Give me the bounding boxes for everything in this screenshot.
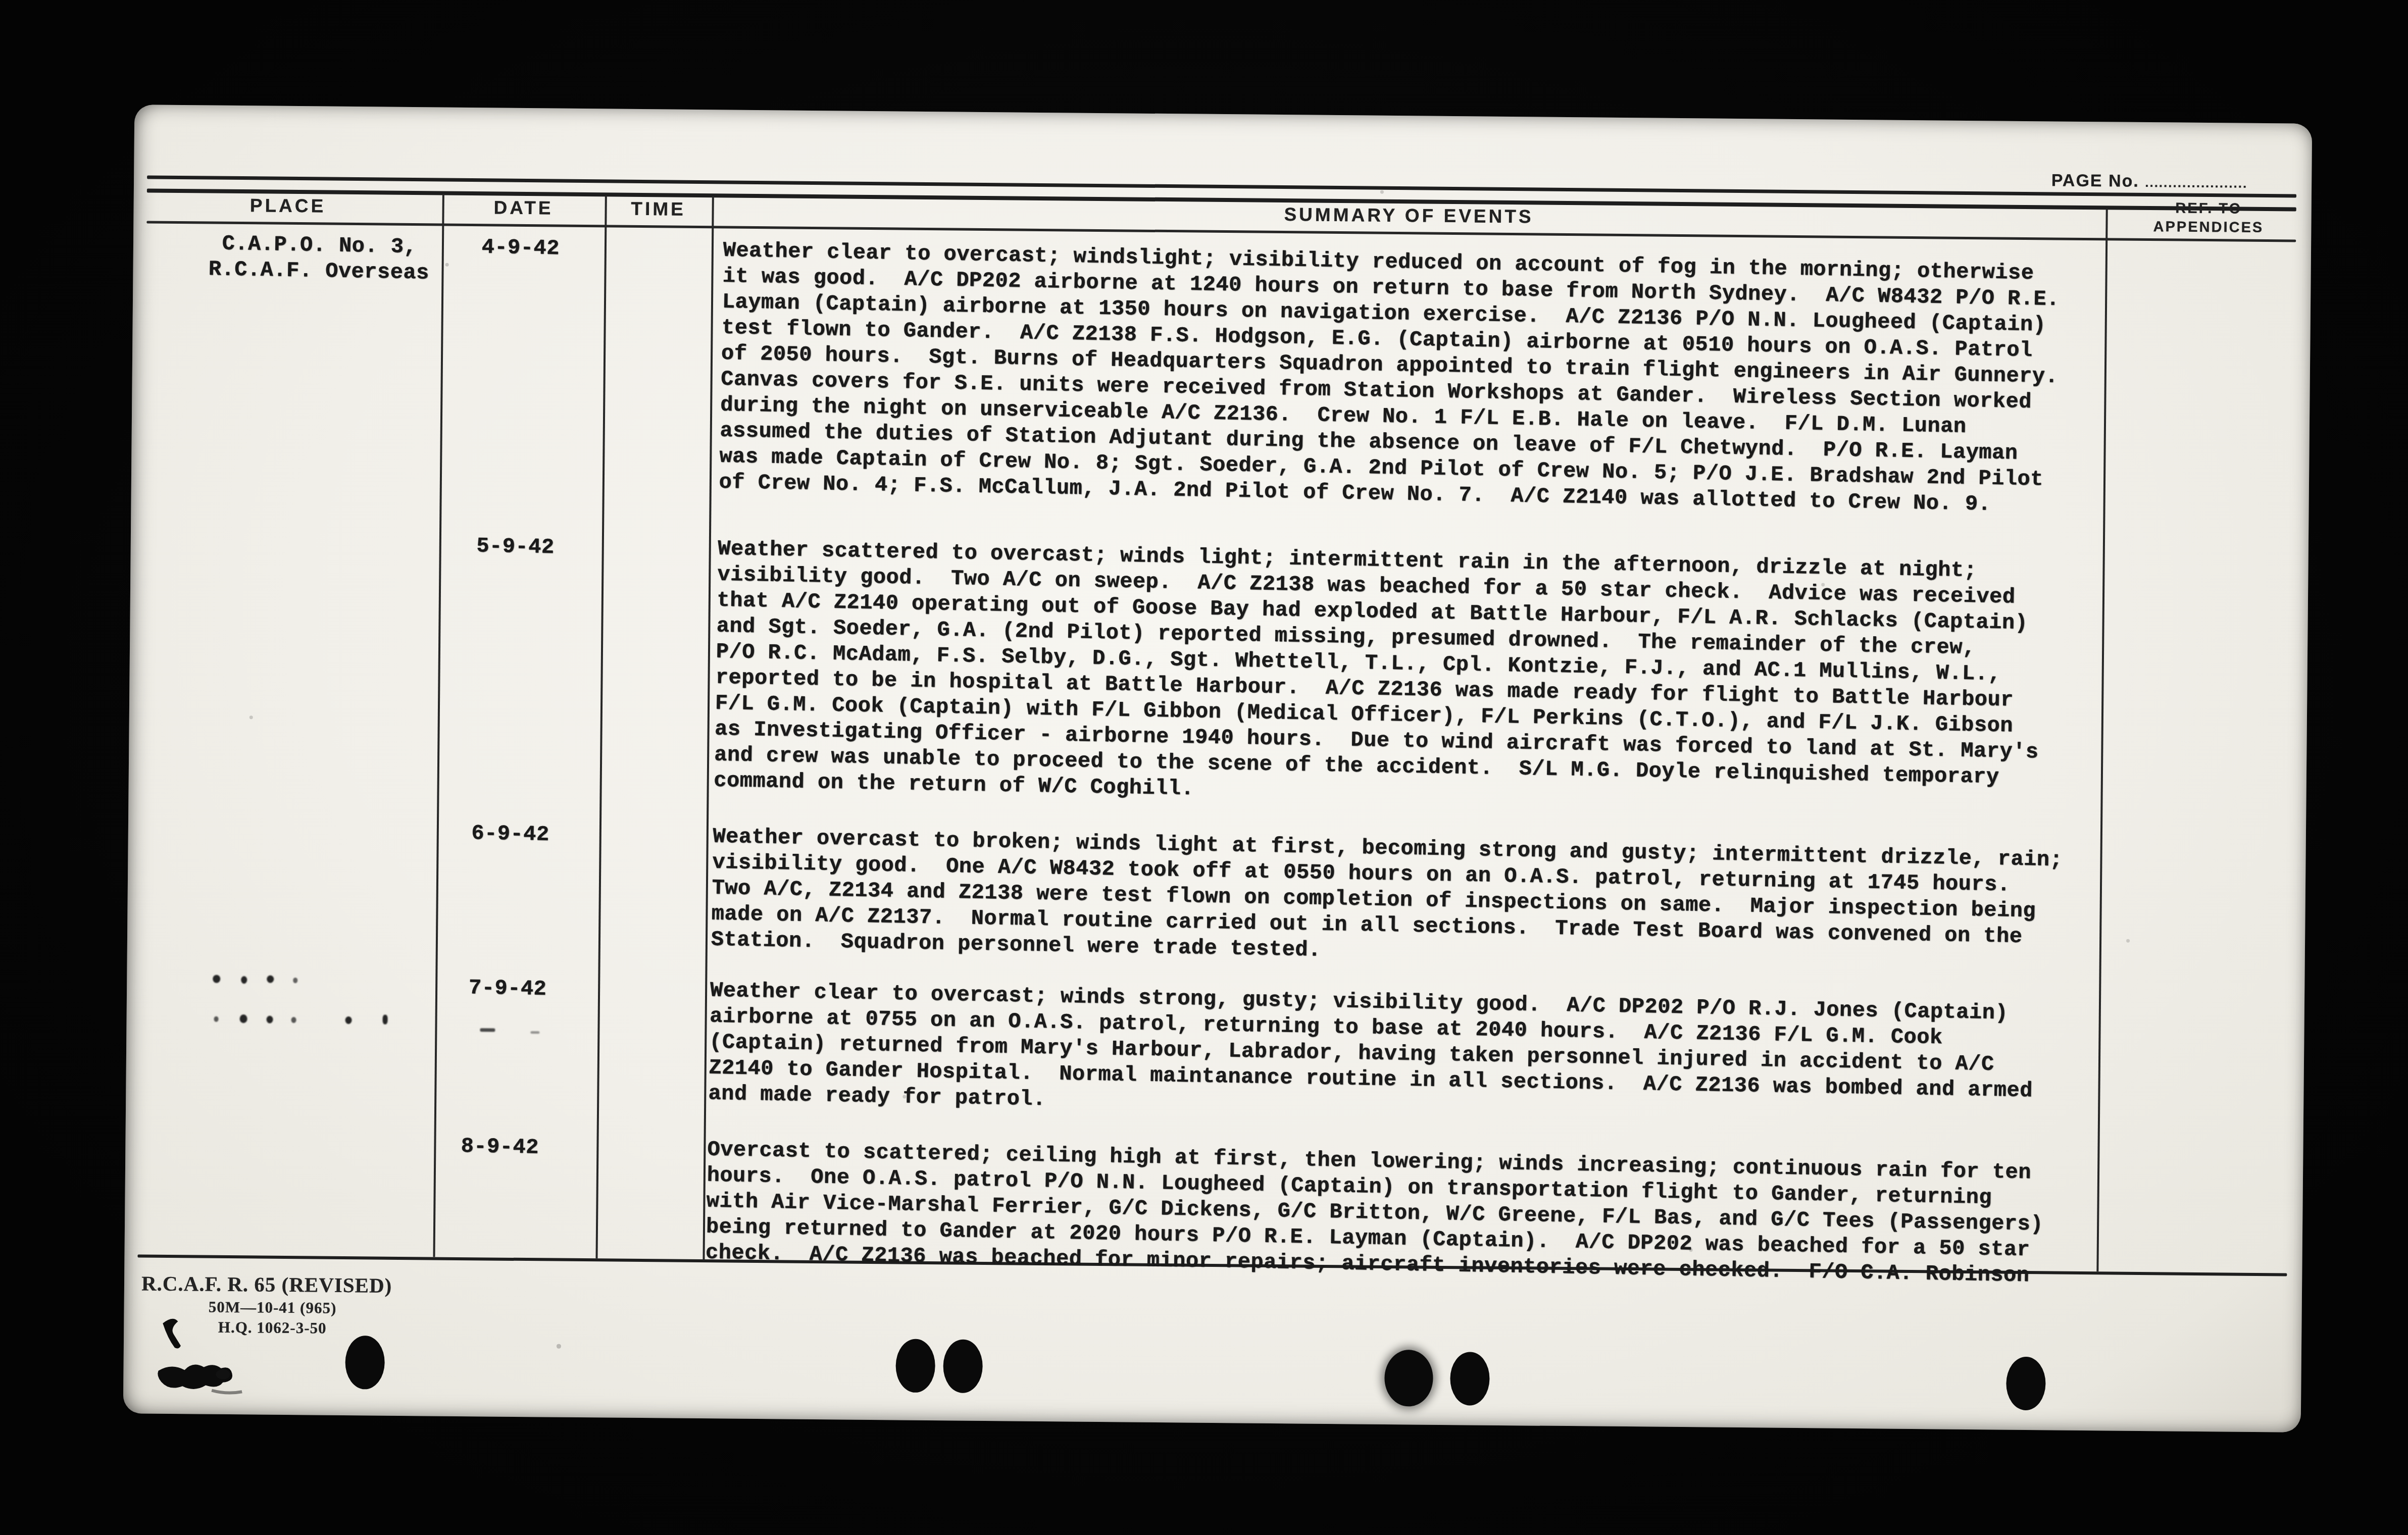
entry-date: 8-9-42: [461, 1134, 539, 1161]
margin-ink-dot: [293, 978, 297, 983]
place-entry: C.A.P.O. No. 3, R.C.A.F. Overseas: [208, 231, 430, 286]
scan-background: PAGE No. ...................... PLACE DA…: [0, 0, 2408, 1535]
entry-summary: Weather scattered to overcast; winds lig…: [714, 536, 2172, 819]
form-imprint-line1: R.C.A.F. R. 65 (REVISED): [141, 1270, 404, 1299]
margin-ink-dot: [214, 1016, 219, 1022]
entry-summary: Weather overcast to broken; winds light …: [711, 824, 2167, 978]
entry-date: 6-9-42: [471, 821, 549, 848]
date-underline-mark: [530, 1031, 539, 1034]
margin-ink-dot: [291, 1017, 296, 1023]
diary-page-scan: PAGE No. ...................... PLACE DA…: [123, 105, 2312, 1432]
date-underline-mark: [480, 1028, 495, 1032]
place-line2: R.C.A.F. Overseas: [208, 257, 429, 286]
punch-hole: [1384, 1350, 1433, 1407]
entry-date: 4-9-42: [481, 234, 560, 262]
margin-ink-dot: [267, 1016, 273, 1024]
margin-ink-dot: [267, 976, 274, 983]
margin-ink-dot: [345, 1016, 352, 1024]
entry-date: 7-9-42: [469, 975, 547, 1002]
entry-summary: Weather clear to overcast; windslight; v…: [719, 238, 2177, 521]
ink-smudge: [151, 1314, 293, 1411]
margin-ink-dot: [383, 1015, 388, 1025]
entry-date: 5-9-42: [476, 533, 555, 560]
paper-specks: [134, 105, 136, 106]
entry-summary: Weather clear to overcast; winds strong,…: [708, 978, 2165, 1132]
margin-ink-dot: [241, 976, 247, 984]
margin-ink-dot: [240, 1014, 247, 1023]
entry-summary: Overcast to scattered; ceiling high at f…: [706, 1137, 2162, 1291]
typed-content-layer: C.A.P.O. No. 3, R.C.A.F. Overseas 4-9-42…: [113, 104, 2313, 1451]
place-line1: C.A.P.O. No. 3,: [209, 231, 430, 261]
margin-ink-dot: [213, 975, 220, 983]
